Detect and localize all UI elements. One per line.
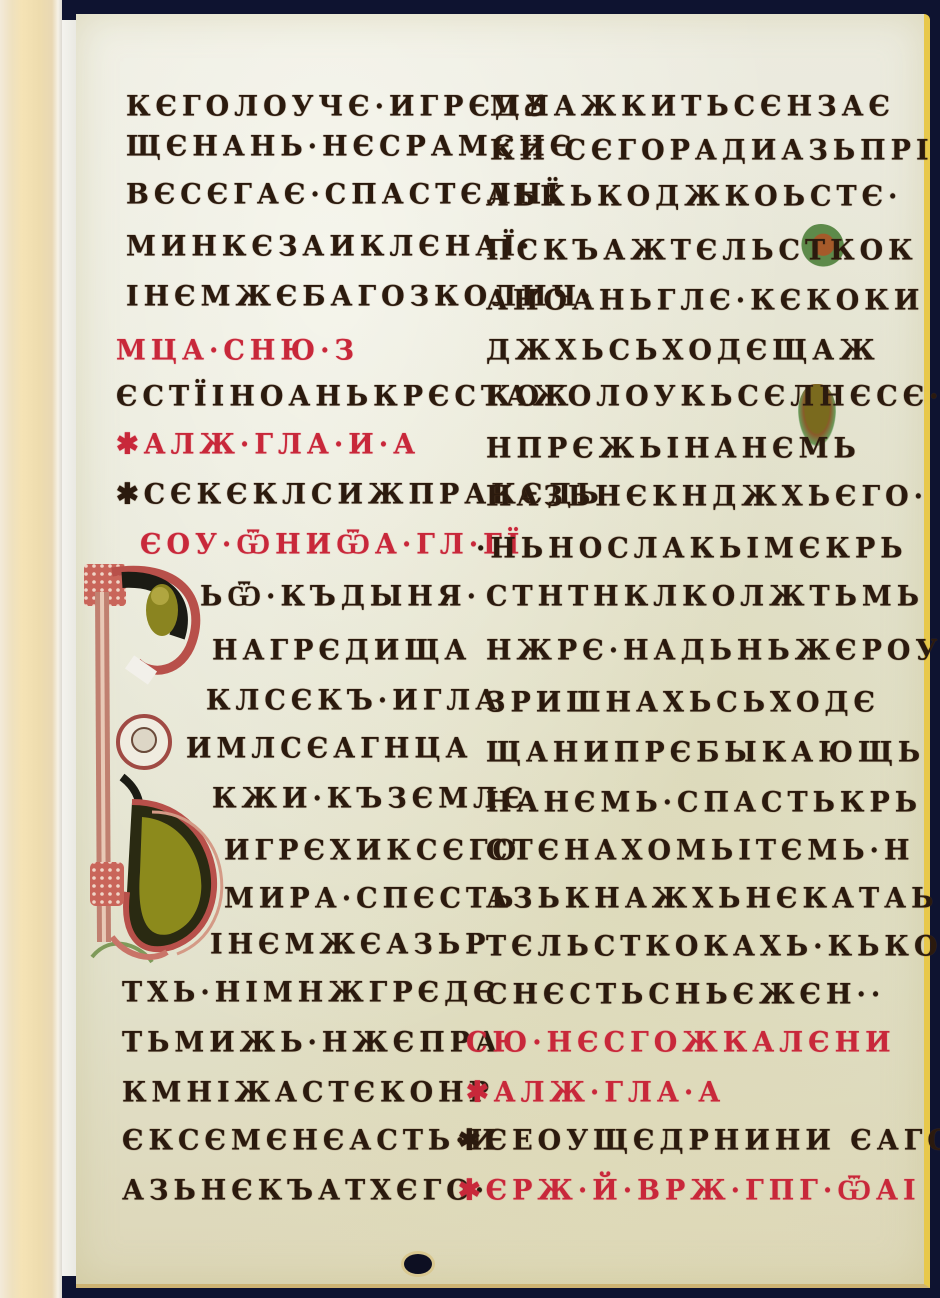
text-line: КИ·СЄГОРАДИАЗЬПРІ [490,133,934,169]
text-line: ИМЛСЄАГНЦА [186,731,472,767]
text-line: КОГОЛОУКЬСЄЛНЄСЄ· [486,379,940,415]
text-line: КЄГОЛОУЧЄ·ИГРЄДꙊ [126,89,550,125]
text-line: ЄКСЄМЄНЄАСТЬ·И [122,1123,500,1159]
text-line: АЗЬКНАЖХЬНЄКАТАЬ [486,881,938,917]
text-line: КМНІЖАСТЄКОНР [122,1075,494,1111]
text-line: МИНКЄЗАИКЛЄНАЇ· [126,229,534,265]
text-line: ✱ЄЕОУЩЄДРНИНИ ЄАГО [458,1123,940,1159]
text-line: АЬКЬКОДЖКОЬСТЄ· [486,179,902,215]
rubric-line: СЮ·НЄСГОЖКАЛЄНИ [466,1025,896,1061]
text-line: ЗРИШНАХЬСЬХОДЄ [486,685,880,721]
text-line: СТНТНКЛКОЛЖТЬМЬ [486,579,924,615]
text-line: МЛАЖКИТЬСЄНЗАЄ [490,89,895,125]
text-line: ДЖХЬСЬХОДЄЩАЖ [486,333,880,369]
text-line: НАНЄМЬ·СПАСТЬКРЬ [486,785,922,821]
text-line: ТХЬ·НІМНЖГРЄДЄ [122,975,500,1011]
text-line: НЖРЄ·НАДЬНЬЖЄРОУ [486,633,940,669]
text-line: МИРА·СПЄСТЬ [224,881,518,917]
text-line: АНОАНЬГЛЄ·КЄКОКИ [486,283,924,319]
text-line: ПСКЪАЖТЄЛЬСТКОК [486,233,918,269]
text-line: КЖИ·КЪЗЄМЛЄ [212,781,528,817]
text-line: ЬѾ·КЪДЫНЯ· [200,579,481,615]
binding-hole [404,1254,432,1274]
rubric-line: МЦА·СНЮ·З [116,333,359,369]
text-line: ·НЬНОСЛАКЬІМЄКРЬ [476,531,908,567]
text-line: НПРЄЖЬІНАНЄМЬ [486,431,861,467]
text-line: КЛСЄКЪ·ИГЛА [206,683,502,719]
rubric-line: ✱АЛЖ·ГЛА·А [466,1075,725,1111]
text-line: ИГРЄХИКСЄГО [224,833,521,869]
text-line: ІНЄМЖЄАЗЬР [210,927,490,963]
text-line: СНЄСТЬСНЬЄЖЄН·· [486,977,885,1013]
text-line: ТЬМИЖЬ·НЖЄПРА [122,1025,502,1061]
text-line: ЩАНИПРЄБЫКАЮЩЬ [486,735,925,771]
text-line: ТЄЛЬСТКОКАХЬ·КЬКО [486,929,940,965]
manuscript-folio: КЄГОЛОУЧЄ·ИГРЄДꙊ ЩЄНАНЬ·НЄСРАМЄНЄ ВЄСЄГА… [76,14,930,1288]
book-binding-strip [0,0,62,1298]
text-line: АЗЬНЄКЪАТХЄГО· [122,1173,489,1209]
text-line: НАЗЬНЄКНДЖХЬЄГО· [486,479,928,515]
rubric-line: ✱ЄРЖ·Й·ВРЖ·ГПГ·ѾАІ [458,1173,921,1209]
rubric-line: ЄОУ·ѾНИѾА·ГЛ·ГЇ [140,527,524,563]
illuminated-initial-icon [82,562,232,972]
text-line: СТЄНАХОМЬІТЄМЬ·Н [486,833,914,869]
rubric-line: ✱АЛЖ·ГЛА·И·А [116,427,420,463]
text-line: НАГРЄДИЩА [212,633,471,669]
